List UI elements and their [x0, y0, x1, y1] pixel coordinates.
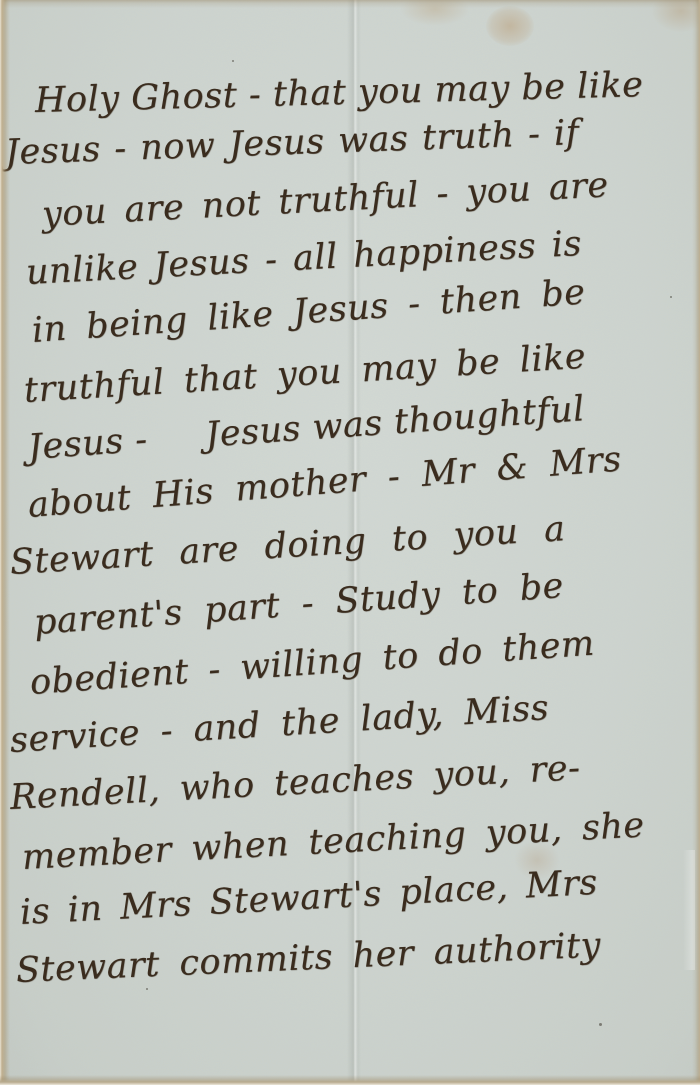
letter-body: Holy Ghost - that you may be like Jesus … — [0, 0, 700, 1085]
handwritten-line: Stewart commits her authority — [15, 922, 602, 993]
letter-page: Holy Ghost - that you may be like Jesus … — [0, 0, 700, 1085]
